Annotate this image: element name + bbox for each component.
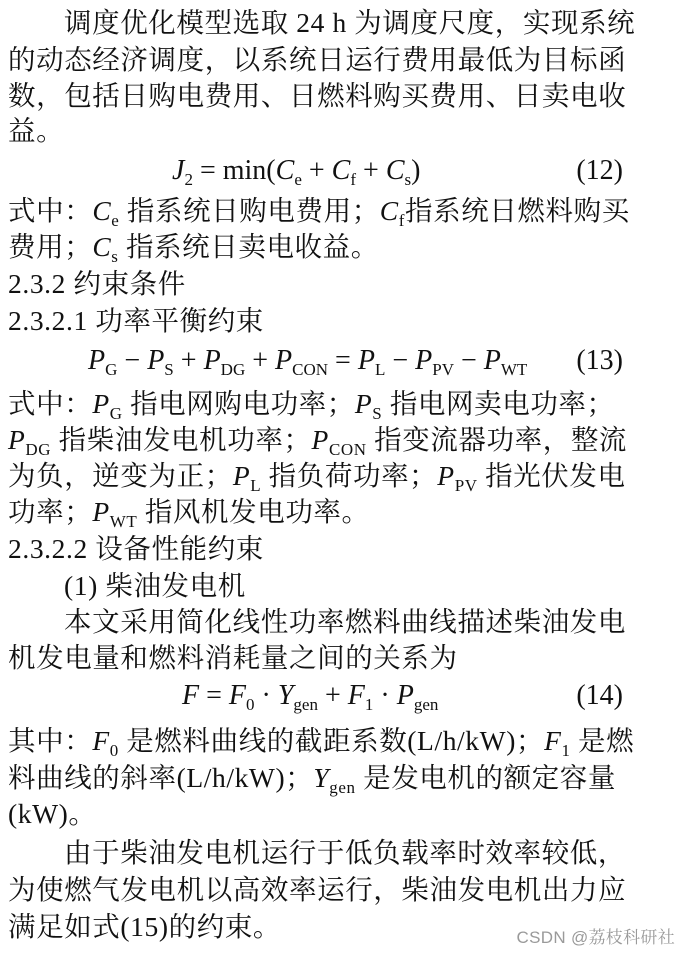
- paragraph-4-line-2: 机发电量和燃料消耗量之间的关系为: [8, 640, 458, 676]
- paragraph-5-line-2: 料曲线的斜率(L/h/kW)；Ygen 是发电机的额定容量: [8, 760, 616, 796]
- paragraph-3-line-2: PDG 指柴油发电机功率；PCON 指变流器功率，整流: [8, 422, 627, 458]
- heading-2-3-2-2: 2.3.2.2 设备性能约束: [8, 531, 264, 567]
- heading-2-3-2: 2.3.2 约束条件: [8, 266, 186, 302]
- paragraph-1-line-1: 调度优化模型选取 24 h 为调度尺度，实现系统: [64, 5, 635, 41]
- equation-12: J2 = min(Ce + Cf + Cs): [172, 151, 420, 191]
- paragraph-3-line-1: 式中：PG 指电网购电功率；PS 指电网卖电功率；: [8, 386, 615, 422]
- paragraph-6-line-3: 满足如式(15)的约束。: [8, 909, 281, 945]
- paragraph-6-line-2: 为使燃气发电机以高效率运行，柴油发电机出力应: [8, 872, 626, 908]
- equation-14-number: (14): [576, 676, 623, 716]
- paragraph-5-line-3: (kW)。: [8, 796, 97, 832]
- paragraph-5-line-1: 其中：F0 是燃料曲线的截距系数(L/h/kW)；F1 是燃: [8, 723, 634, 759]
- paragraph-2-line-2: 费用；Cs 指系统日卖电收益。: [8, 229, 379, 265]
- heading-2-3-2-1: 2.3.2.1 功率平衡约束: [8, 303, 264, 339]
- equation-13: PG − PS + PDG + PCON = PL − PPV − PWT: [88, 341, 527, 381]
- eq12-lhs: J: [172, 155, 184, 186]
- paragraph-4-line-1: 本文采用简化线性功率燃料曲线描述柴油发电: [64, 604, 626, 640]
- equation-12-number: (12): [576, 151, 623, 191]
- paragraph-2-line-1: 式中：Ce 指系统日购电费用；Cf指系统日燃料购买: [8, 193, 630, 229]
- paragraph-3-line-4: 功率；PWT 指风机发电功率。: [8, 494, 370, 530]
- csdn-watermark: CSDN @荔枝科研社: [517, 923, 675, 948]
- paragraph-1-line-4: 益。: [8, 113, 64, 149]
- equation-13-number: (13): [576, 341, 623, 381]
- paragraph-6-line-1: 由于柴油发电机运行于低负载率时效率较低，: [64, 835, 626, 871]
- paragraph-1-line-2: 的动态经济调度，以系统日运行费用最低为目标函: [8, 42, 626, 78]
- paragraph-3-line-3: 为负，逆变为正；PL 指负荷功率；PPV 指光伏发电: [8, 458, 626, 494]
- sub-heading-diesel-generator: (1) 柴油发电机: [64, 568, 246, 604]
- paragraph-1-line-3: 数，包括日购电费用、日燃料购买费用、日卖电收: [8, 78, 626, 114]
- equation-14: F = F0 · Ygen + F1 · Pgen: [182, 676, 438, 716]
